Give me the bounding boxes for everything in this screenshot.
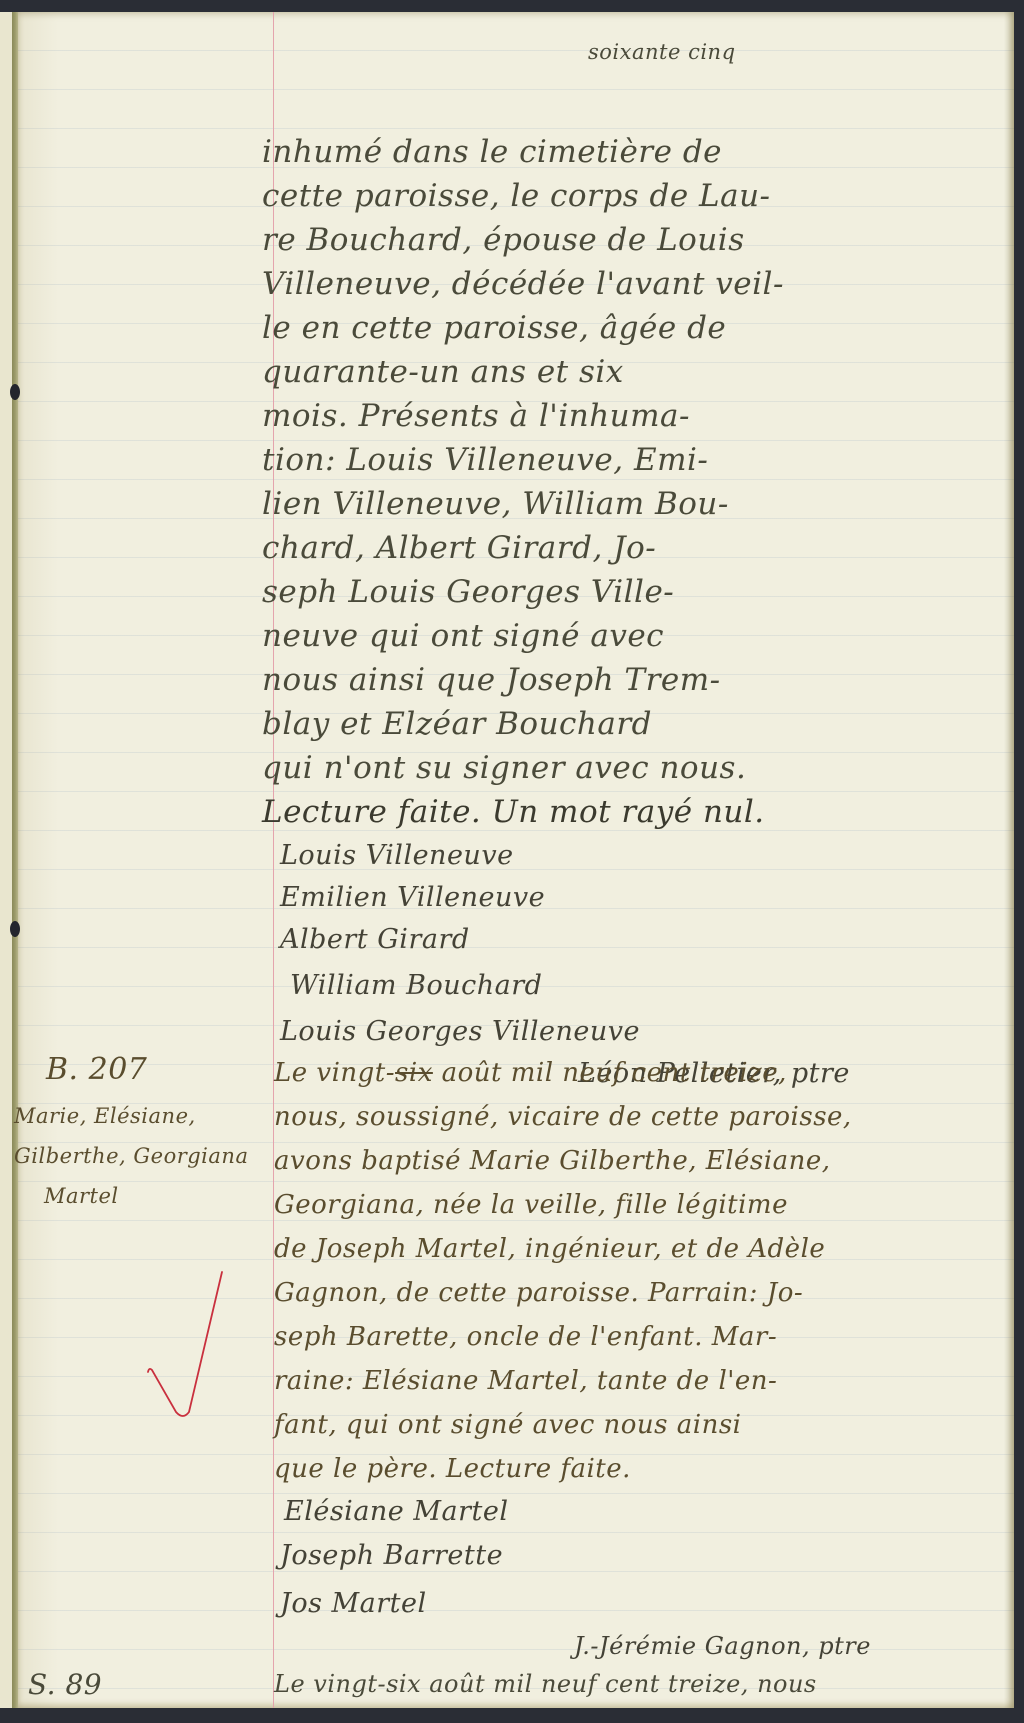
officiant-signature: J.-Jérémie Gagnon, ptre: [574, 1632, 871, 1660]
struck-word: six: [395, 1058, 433, 1088]
record-line: nous ainsi que Joseph Trem-: [262, 662, 721, 698]
punch-hole-upper: [10, 384, 20, 400]
signature: William Bouchard: [290, 970, 542, 1001]
record-line: inhumé dans le cimetière de: [262, 134, 722, 170]
record-line: qui n'ont su signer avec nous.: [262, 750, 746, 786]
record-line: Villeneuve, décédée l'avant veil-: [262, 266, 784, 302]
record-line: Le vingt-six août mil neuf cent treize,: [274, 1058, 787, 1088]
record-line: que le père. Lecture faite.: [274, 1454, 631, 1484]
page-number-header: soixante cinq: [588, 40, 736, 64]
margin-name-line: Marie, Elésiane,: [14, 1104, 196, 1128]
register-page: soixante cinq inhumé dans le cimetière d…: [18, 12, 1014, 1708]
record-line: seph Barette, oncle de l'enfant. Mar-: [274, 1322, 777, 1352]
page-edge-shadow: [1004, 12, 1014, 1708]
record-line: Gagnon, de cette paroisse. Parrain: Jo-: [274, 1278, 803, 1308]
record-line: chard, Albert Girard, Jo-: [262, 530, 656, 566]
next-entry-number: S. 89: [28, 1668, 102, 1701]
record-line: nous, soussigné, vicaire de cette parois…: [274, 1102, 852, 1132]
punch-hole-lower: [10, 921, 20, 937]
margin-name-line: Martel: [44, 1184, 119, 1208]
previous-page-edge: [0, 12, 12, 1708]
record-line: cette paroisse, le corps de Lau-: [262, 178, 771, 214]
signature: Emilien Villeneuve: [280, 882, 545, 913]
record-line: tion: Louis Villeneuve, Emi-: [262, 442, 708, 478]
red-check-icon: [146, 1252, 226, 1437]
record-line: raine: Elésiane Martel, tante de l'en-: [274, 1366, 777, 1396]
record-line: de Joseph Martel, ingénieur, et de Adèle: [274, 1234, 825, 1264]
record-line: neuve qui ont signé avec: [262, 618, 664, 654]
record-line: fant, qui ont signé avec nous ainsi: [274, 1410, 742, 1440]
record-line: Lecture faite. Un mot rayé nul.: [262, 794, 765, 830]
record-line: avons baptisé Marie Gilberthe, Elésiane,: [274, 1146, 830, 1176]
record-line: Georgiana, née la veille, fille légitime: [274, 1190, 788, 1220]
signature: Jos Martel: [280, 1588, 427, 1619]
record-line: lien Villeneuve, William Bou-: [262, 486, 729, 522]
line-prefix: Le vingt-: [274, 1058, 395, 1088]
next-record-first-line: Le vingt-six août mil neuf cent treize, …: [274, 1670, 817, 1698]
record-line: blay et Elzéar Bouchard: [262, 706, 652, 742]
record-line: re Bouchard, épouse de Louis: [262, 222, 745, 258]
record-line: seph Louis Georges Ville-: [262, 574, 674, 610]
signature: Albert Girard: [280, 924, 470, 955]
signature: Louis Villeneuve: [280, 840, 514, 871]
record-line: le en cette paroisse, âgée de: [262, 310, 726, 346]
signature: Elésiane Martel: [284, 1496, 508, 1527]
margin-name-line: Gilberthe, Georgiana: [14, 1144, 248, 1168]
entry-number: B. 207: [46, 1052, 147, 1087]
signature: Joseph Barrette: [280, 1540, 503, 1571]
signature: Louis Georges Villeneuve: [280, 1016, 640, 1047]
record-line: mois. Présents à l'inhuma-: [262, 398, 690, 434]
record-line: quarante-un ans et six: [262, 354, 624, 390]
